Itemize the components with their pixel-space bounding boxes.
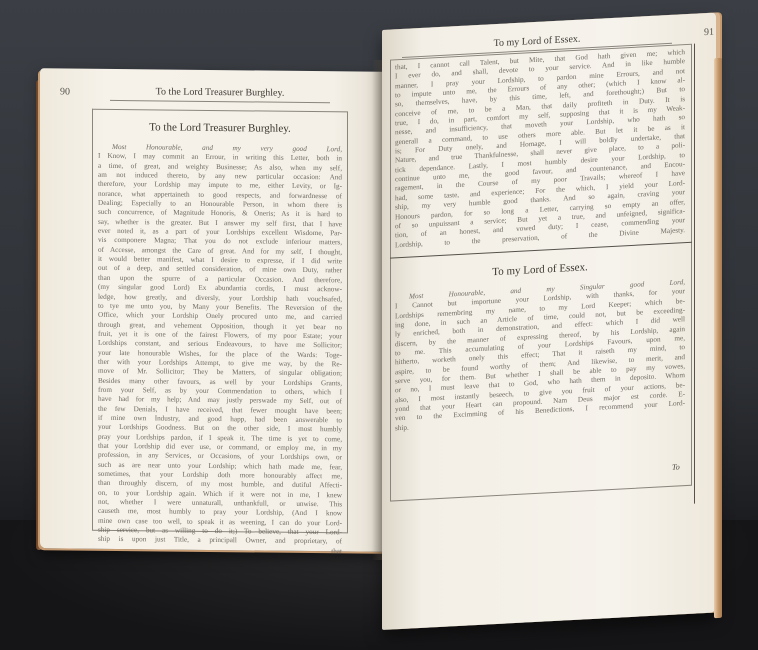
right-margin-rule: [694, 44, 695, 504]
letter-title: To the Lord Treasurer Burghley.: [100, 121, 340, 136]
catchword: To: [672, 462, 680, 471]
body-lines: I Know, I may commit an Errour, in writi…: [98, 152, 342, 547]
continuation-lines: that, I cannot call Talent, but Mite, th…: [395, 48, 685, 250]
letter-body: Most Honourable, and my very good Lord, …: [98, 143, 342, 557]
right-page: To my Lord of Essex. 91 that, I cannot c…: [382, 12, 716, 630]
letter-body: Most Honourable, and my Singular good Lo…: [395, 278, 685, 433]
left-page: 90 To the Lord Treasurer Burghley. To th…: [40, 68, 385, 552]
fore-edge: [714, 58, 722, 618]
left-margin-column: [40, 108, 93, 529]
body-lines: I Cannot but importune your Lordship, wi…: [395, 287, 685, 433]
page-number: 90: [60, 86, 70, 97]
page-number: 91: [704, 27, 714, 39]
continuation-body: that, I cannot call Talent, but Mite, th…: [395, 48, 685, 250]
open-book: 90 To the Lord Treasurer Burghley. To th…: [0, 0, 758, 650]
running-head: To the Lord Treasurer Burghley.: [110, 86, 330, 103]
